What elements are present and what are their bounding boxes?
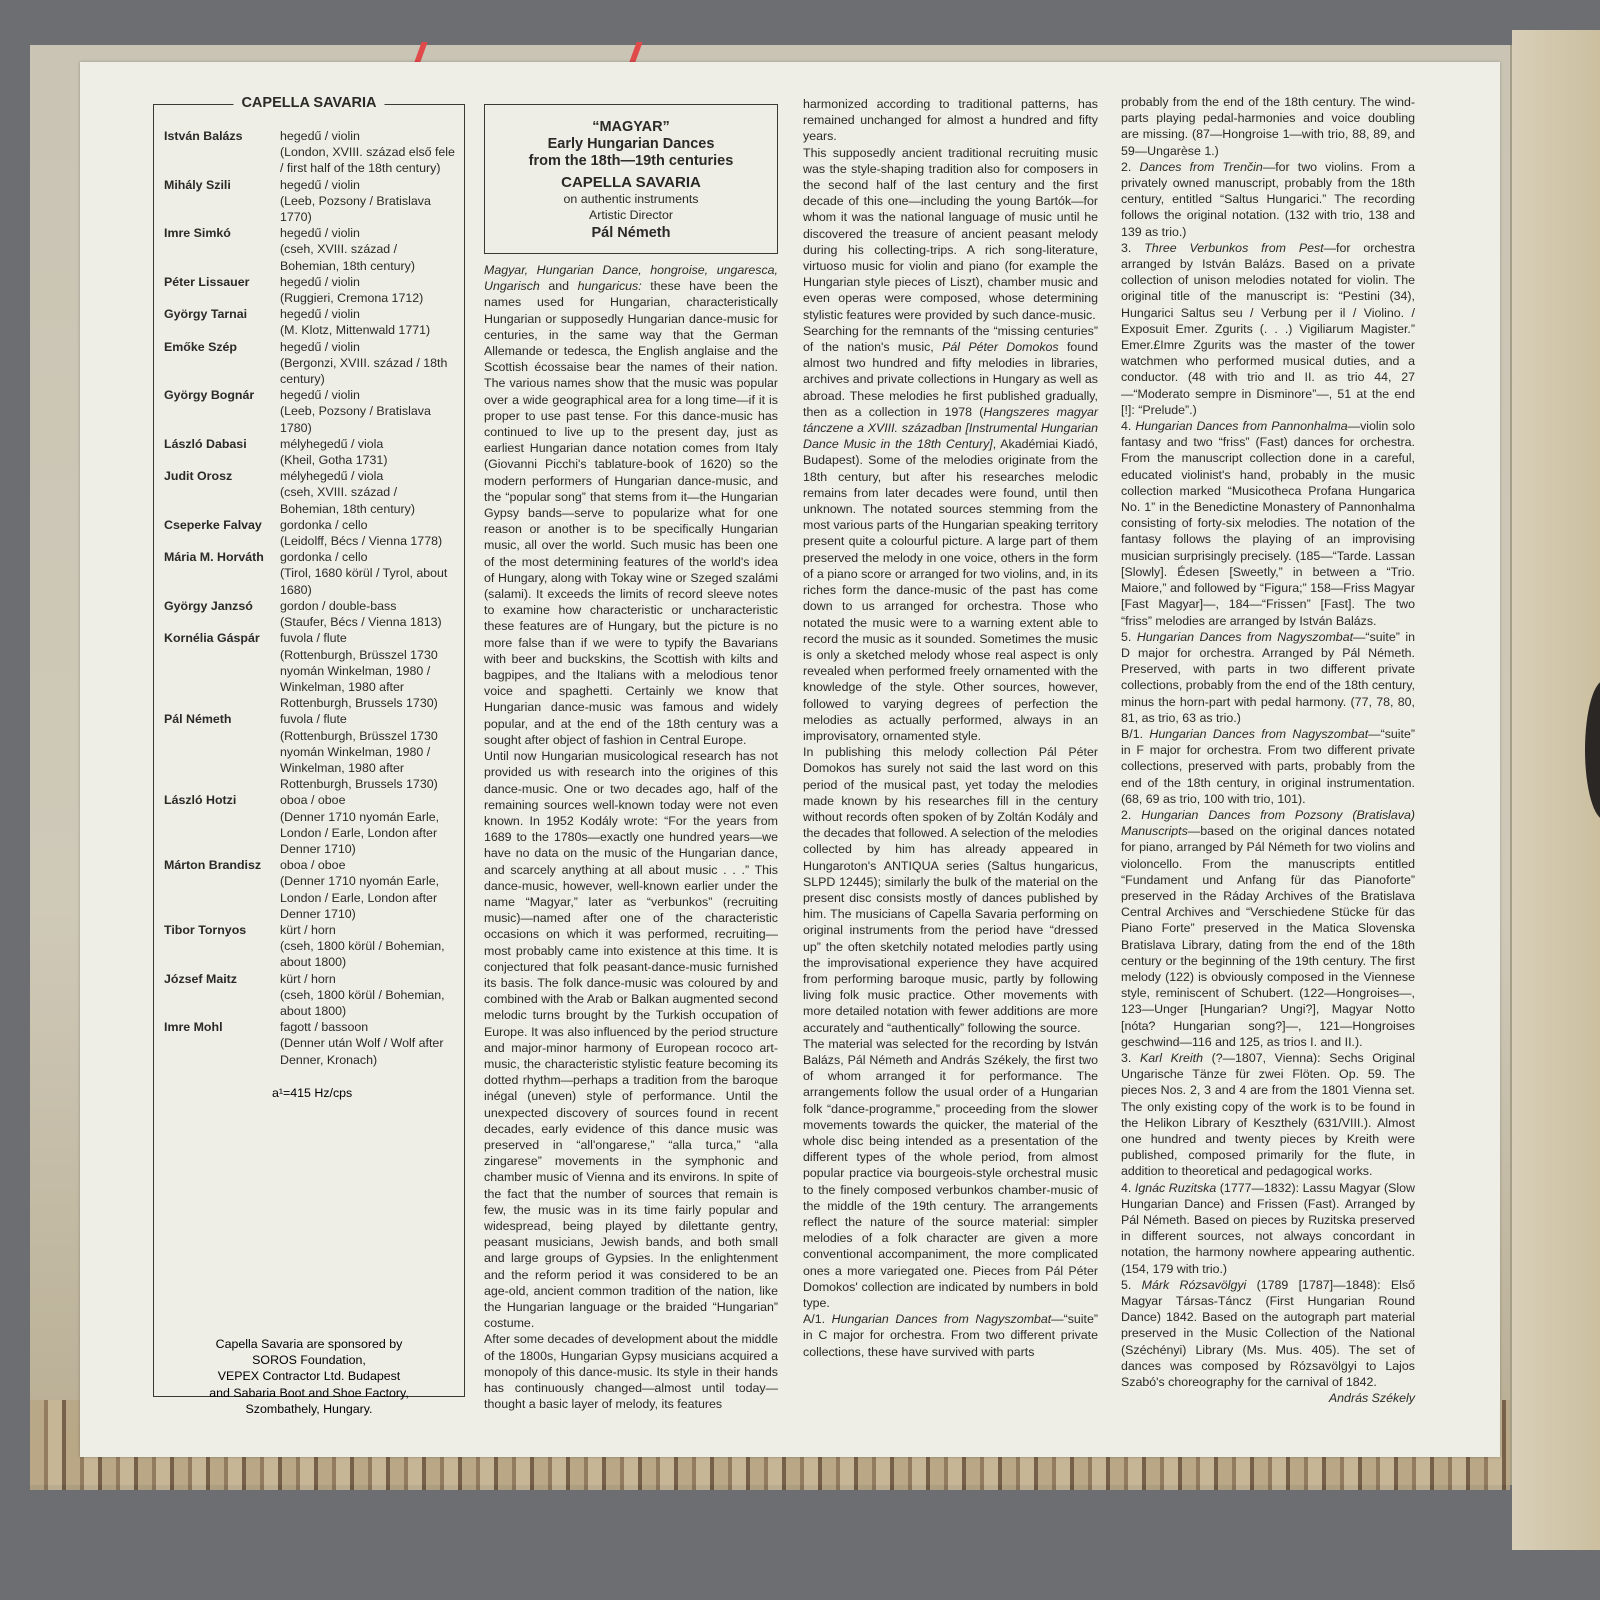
roster-member: István Balázshegedű / violin(London, XVI…: [154, 128, 464, 177]
notes-column-4: probably from the end of the 18th centur…: [1121, 94, 1415, 1406]
member-instrument: gordonka / cello(Leidolff, Bécs / Vienna…: [280, 517, 464, 549]
tuning-pitch: a¹=415 Hz/cps: [272, 1086, 464, 1100]
instrument-origin: (Denner 1710 nyomán Earle, London / Earl…: [280, 873, 458, 922]
track-title: Dances from Trenčin: [1139, 160, 1262, 174]
track-note: 4. Hungarian Dances from Pannonhalma—vio…: [1121, 418, 1415, 629]
ensemble-note: on authentic instruments: [485, 191, 777, 207]
roster-member: Mihály Szilihegedű / violin(Leeb, Pozson…: [154, 177, 464, 226]
instrument-name: hegedű / violin: [280, 339, 458, 355]
instrument-name: hegedű / violin: [280, 274, 458, 290]
instrument-origin: (cseh, 1800 körül / Bohemian, about 1800…: [280, 987, 458, 1019]
member-name: Tibor Tornyos: [164, 922, 280, 971]
track-description: —based on the original dances notated fo…: [1121, 824, 1415, 1049]
member-name: Mária M. Horváth: [164, 549, 280, 598]
album-title-box: “MAGYAR” Early Hungarian Dances from the…: [484, 104, 778, 254]
track-note: 3. Karl Kreith (?—1807, Vienna): Sechs O…: [1121, 1050, 1415, 1180]
track-title: Hungarian Dances from Nagyszombat: [1137, 630, 1353, 644]
track-number: 5.: [1121, 1278, 1142, 1292]
track-number: 3.: [1121, 1051, 1140, 1065]
text-span: and: [540, 279, 578, 293]
member-instrument: kürt / horn(cseh, 1800 körül / Bohemian,…: [280, 971, 464, 1020]
roster-member: Péter Lissauerhegedű / violin(Ruggieri, …: [154, 274, 464, 306]
sponsor-note: Capella Savaria are sponsored by SOROS F…: [154, 1336, 464, 1417]
instrument-name: gordonka / cello: [280, 549, 458, 565]
instrument-origin: (Leeb, Pozsony / Bratislava 1770): [280, 193, 458, 225]
member-name: Imre Simkó: [164, 225, 280, 274]
track-number: 3.: [1121, 241, 1144, 255]
member-instrument: mélyhegedű / viola(Kheil, Gotha 1731): [280, 436, 464, 468]
member-instrument: hegedű / violin(Bergonzi, XVIII. század …: [280, 339, 464, 388]
sponsor-line: SOROS Foundation,: [154, 1352, 464, 1368]
instrument-name: mélyhegedű / viola: [280, 436, 458, 452]
track-title: Karl Kreith: [1140, 1051, 1203, 1065]
member-instrument: hegedű / violin(London, XVIII. század el…: [280, 128, 464, 177]
instrument-name: hegedű / violin: [280, 177, 458, 193]
instrument-name: fuvola / flute: [280, 711, 458, 727]
track-note: 3. Three Verbunkos from Pest—for orchest…: [1121, 240, 1415, 418]
notes-paragraph: harmonized according to traditional patt…: [803, 96, 1098, 145]
track-number: A/1.: [803, 1312, 832, 1326]
member-instrument: kürt / horn(cseh, 1800 körül / Bohemian,…: [280, 922, 464, 971]
track-number: 2.: [1121, 160, 1139, 174]
track-note: B/1. Hungarian Dances from Nagyszombat—“…: [1121, 726, 1415, 807]
notes-paragraph: After some decades of development about …: [484, 1331, 778, 1412]
text-span: these have been the names used for Hunga…: [484, 279, 778, 747]
instrument-origin: (London, XVIII. század első fele / first…: [280, 144, 458, 176]
notes-paragraph: probably from the end of the 18th centur…: [1121, 94, 1415, 159]
roster-member: József Maitzkürt / horn(cseh, 1800 körül…: [154, 971, 464, 1020]
album-title: “MAGYAR”: [485, 119, 777, 136]
track-number: 4.: [1121, 1181, 1135, 1195]
sponsor-line: and Sabaria Boot and Shoe Factory,: [154, 1385, 464, 1401]
member-name: József Maitz: [164, 971, 280, 1020]
ensemble-roster-box: CAPELLA SAVARIA István Balázshegedű / vi…: [153, 104, 465, 1397]
instrument-origin: (Kheil, Gotha 1731): [280, 452, 458, 468]
track-notes-list: 2. Dances from Trenčin—for two violins. …: [1121, 159, 1415, 1390]
member-instrument: gordonka / cello(Tirol, 1680 körül / Tyr…: [280, 549, 464, 598]
instrument-name: fagott / bassoon: [280, 1019, 458, 1035]
member-instrument: fuvola / flute(Rottenburgh, Brüsszel 173…: [280, 711, 464, 792]
roster-member: György Tarnaihegedű / violin(M. Klotz, M…: [154, 306, 464, 338]
member-name: Péter Lissauer: [164, 274, 280, 306]
track-title: Hungarian Dances from Nagyszombat: [832, 1312, 1052, 1326]
member-instrument: fuvola / flute(Rottenburgh, Brüsszel 173…: [280, 630, 464, 711]
track-number: 5.: [1121, 630, 1137, 644]
roster-member: Cseperke Falvaygordonka / cello(Leidolff…: [154, 517, 464, 549]
instrument-origin: (Tirol, 1680 körül / Tyrol, about 1680): [280, 565, 458, 597]
instrument-origin: (Ruggieri, Cremona 1712): [280, 290, 458, 306]
member-instrument: hegedű / violin(cseh, XVIII. század / Bo…: [280, 225, 464, 274]
sleeve-side-flap: [1512, 30, 1600, 1550]
roster-member: Pál Némethfuvola / flute(Rottenburgh, Br…: [154, 711, 464, 792]
member-instrument: hegedű / violin(Leeb, Pozsony / Bratisla…: [280, 177, 464, 226]
instrument-name: hegedű / violin: [280, 128, 458, 144]
member-name: Emőke Szép: [164, 339, 280, 388]
track-description: (?—1807, Vienna): Sechs Original Ungaris…: [1121, 1051, 1415, 1178]
roster-member: Márton Brandiszoboa / oboe(Denner 1710 n…: [154, 857, 464, 922]
track-title: Three Verbunkos from Pest: [1144, 241, 1323, 255]
member-name: Márton Brandisz: [164, 857, 280, 922]
instrument-name: hegedű / violin: [280, 225, 458, 241]
roster-member: Imre Mohlfagott / bassoon(Denner után Wo…: [154, 1019, 464, 1068]
notes-paragraph: Searching for the remnants of the “missi…: [803, 323, 1098, 744]
instrument-name: hegedű / violin: [280, 306, 458, 322]
track-title: Ignác Ruzitska: [1135, 1181, 1216, 1195]
member-name: István Balázs: [164, 128, 280, 177]
roster-member: Tibor Tornyoskürt / horn(cseh, 1800 körü…: [154, 922, 464, 971]
instrument-origin: (cseh, XVIII. század / Bohemian, 18th ce…: [280, 241, 458, 273]
instrument-origin: (Rottenburgh, Brüsszel 1730 nyomán Winke…: [280, 647, 458, 712]
director-name: Pál Németh: [485, 225, 777, 241]
member-name: László Hotzi: [164, 792, 280, 857]
roster-member: Imre Simkóhegedű / violin(cseh, XVIII. s…: [154, 225, 464, 274]
notes-paragraph: This supposedly ancient traditional recr…: [803, 145, 1098, 323]
member-name: Kornélia Gáspár: [164, 630, 280, 711]
member-name: Judit Orosz: [164, 468, 280, 517]
italic-terms: hungaricus:: [578, 279, 642, 293]
instrument-origin: (Leeb, Pozsony / Bratislava 1780): [280, 403, 458, 435]
member-name: Imre Mohl: [164, 1019, 280, 1068]
instrument-name: hegedű / violin: [280, 387, 458, 403]
track-description: —violin solo fantasy and two “friss” (Fa…: [1121, 419, 1415, 627]
liner-notes-insert: CAPELLA SAVARIA István Balázshegedű / vi…: [80, 62, 1500, 1457]
member-instrument: hegedű / violin(Ruggieri, Cremona 1712): [280, 274, 464, 306]
track-number: B/1.: [1121, 727, 1149, 741]
track-number: 4.: [1121, 419, 1135, 433]
member-name: György Bognár: [164, 387, 280, 436]
text-span: , Akadémiai Kiadó, Budapest). Some of th…: [803, 437, 1098, 743]
album-subtitle-period: from the 18th—19th centuries: [485, 153, 777, 170]
instrument-name: kürt / horn: [280, 922, 458, 938]
notes-paragraph: Magyar, Hungarian Dance, hongroise, unga…: [484, 262, 778, 748]
member-name: Cseperke Falvay: [164, 517, 280, 549]
member-instrument: mélyhegedű / viola(cseh, XVIII. század /…: [280, 468, 464, 517]
track-note: A/1. Hungarian Dances from Nagyszombat—“…: [803, 1311, 1098, 1360]
roster-member: György Bognárhegedű / violin(Leeb, Pozso…: [154, 387, 464, 436]
track-note: 5. Hungarian Dances from Nagyszombat—“su…: [1121, 629, 1415, 726]
notes-paragraph: Until now Hungarian musicological resear…: [484, 748, 778, 1331]
instrument-name: mélyhegedű / viola: [280, 468, 458, 484]
member-name: György Janzsó: [164, 598, 280, 630]
director-role: Artistic Director: [485, 207, 777, 223]
instrument-origin: (cseh, 1800 körül / Bohemian, about 1800…: [280, 938, 458, 970]
instrument-name: gordon / double-bass: [280, 598, 458, 614]
instrument-name: gordonka / cello: [280, 517, 458, 533]
notes-paragraph: In publishing this melody collection Pál…: [803, 744, 1098, 1036]
roster-member: Kornélia Gáspárfuvola / flute(Rottenburg…: [154, 630, 464, 711]
member-instrument: hegedű / violin(M. Klotz, Mittenwald 177…: [280, 306, 464, 338]
italic-name: Pál Péter Domokos: [942, 340, 1059, 354]
notes-column-2: Magyar, Hungarian Dance, hongroise, unga…: [484, 262, 778, 1412]
track-note: 4. Ignác Ruzitska (1777—1832): Lassu Mag…: [1121, 1180, 1415, 1277]
instrument-origin: (Staufer, Bécs / Vienna 1813): [280, 614, 458, 630]
notes-column-3: harmonized according to traditional patt…: [803, 96, 1098, 1360]
instrument-name: fuvola / flute: [280, 630, 458, 646]
member-name: Mihály Szili: [164, 177, 280, 226]
ensemble-name: CAPELLA SAVARIA: [485, 174, 777, 191]
member-instrument: hegedű / violin(Leeb, Pozsony / Bratisla…: [280, 387, 464, 436]
roster-member: László Dabasimélyhegedű / viola(Kheil, G…: [154, 436, 464, 468]
track-note: 5. Márk Rózsavölgyi (1789 [1787]—1848): …: [1121, 1277, 1415, 1390]
sponsor-line: Szombathely, Hungary.: [154, 1401, 464, 1417]
instrument-origin: (Rottenburgh, Brüsszel 1730 nyomán Winke…: [280, 728, 458, 793]
instrument-name: oboa / oboe: [280, 857, 458, 873]
sponsor-line: VEPEX Contractor Ltd. Budapest: [154, 1368, 464, 1384]
member-list: István Balázshegedű / violin(London, XVI…: [154, 128, 464, 1068]
sponsor-line: Capella Savaria are sponsored by: [154, 1336, 464, 1352]
instrument-origin: (Leidolff, Bécs / Vienna 1778): [280, 533, 458, 549]
instrument-origin: (Denner után Wolf / Wolf after Denner, K…: [280, 1035, 458, 1067]
album-subtitle: Early Hungarian Dances: [485, 136, 777, 153]
author-signature: András Székely: [1121, 1390, 1415, 1406]
track-title: Hungarian Dances from Nagyszombat: [1149, 727, 1368, 741]
instrument-origin: (M. Klotz, Mittenwald 1771): [280, 322, 458, 338]
member-instrument: gordon / double-bass(Staufer, Bécs / Vie…: [280, 598, 464, 630]
member-instrument: oboa / oboe(Denner 1710 nyomán Earle, Lo…: [280, 792, 464, 857]
member-name: Pál Németh: [164, 711, 280, 792]
track-title: Hungarian Dances from Pannonhalma: [1135, 419, 1347, 433]
track-description: (1789 [1787]—1848): Első Magyar Társas-T…: [1121, 1278, 1415, 1389]
roster-title: CAPELLA SAVARIA: [233, 95, 384, 111]
instrument-name: kürt / horn: [280, 971, 458, 987]
member-name: László Dabasi: [164, 436, 280, 468]
roster-member: László Hotzioboa / oboe(Denner 1710 nyom…: [154, 792, 464, 857]
roster-member: György Janzsógordon / double-bass(Staufe…: [154, 598, 464, 630]
roster-member: Judit Oroszmélyhegedű / viola(cseh, XVII…: [154, 468, 464, 517]
instrument-origin: (Bergonzi, XVIII. század / 18th century): [280, 355, 458, 387]
track-note: 2. Hungarian Dances from Pozsony (Bratis…: [1121, 807, 1415, 1050]
track-number: 2.: [1121, 808, 1141, 822]
instrument-origin: (Denner 1710 nyomán Earle, London / Earl…: [280, 809, 458, 858]
roster-member: Mária M. Horváthgordonka / cello(Tirol, …: [154, 549, 464, 598]
roster-member: Emőke Széphegedű / violin(Bergonzi, XVII…: [154, 339, 464, 388]
track-note: 2. Dances from Trenčin—for two violins. …: [1121, 159, 1415, 240]
instrument-name: oboa / oboe: [280, 792, 458, 808]
track-title: Márk Rózsavölgyi: [1142, 1278, 1247, 1292]
member-instrument: fagott / bassoon(Denner után Wolf / Wolf…: [280, 1019, 464, 1068]
member-name: György Tarnai: [164, 306, 280, 338]
track-description: —for orchestra arranged by István Balázs…: [1121, 241, 1415, 417]
member-instrument: oboa / oboe(Denner 1710 nyomán Earle, Lo…: [280, 857, 464, 922]
instrument-origin: (cseh, XVIII. század / Bohemian, 18th ce…: [280, 484, 458, 516]
notes-paragraph: The material was selected for the record…: [803, 1036, 1098, 1311]
